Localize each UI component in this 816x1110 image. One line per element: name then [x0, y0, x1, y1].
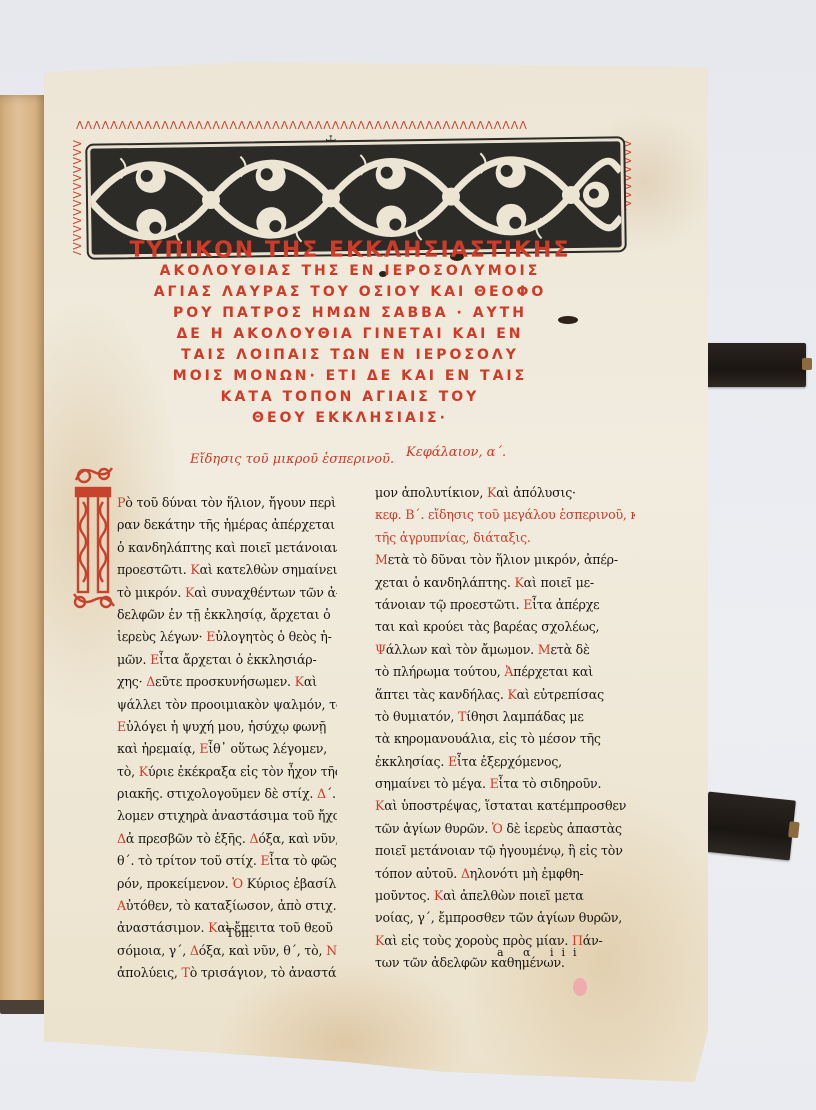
text-run: κεφ. Β΄. εἴδησις τοῦ μεγάλου ἑσπερινοῦ, … — [375, 507, 635, 522]
rubricated-initial: Κ — [514, 575, 523, 590]
rubricated-initial: Ψ — [375, 642, 386, 657]
text-run: ηλονότι μὴ ἐμφθη- — [470, 866, 584, 881]
rubricated-initial: Δ — [117, 831, 126, 846]
text-run: ποιεῖ μετάνοιαν τῷ ἡγουμένῳ, ἢ εἰς τὸν — [375, 843, 623, 858]
rubricated-initial: Τ — [458, 709, 466, 724]
title-line: ΜΟΙΣ ΜΟΝΩΝ· ΕΤΙ ΔΕ ΚΑΙ ΕΝ ΤΑΙΣ — [100, 366, 600, 387]
text-line: νοίας, γ΄, ἔμπροσθεν τῶν ἁγίων θυρῶν, — [375, 907, 635, 929]
title-line: ΤΑΙΣ ΛΟΙΠΑΙΣ ΤΩΝ ΕΝ ΙΕΡΟΣΟΛΥ — [100, 345, 600, 366]
text-line: Εὐλόγει ἡ ψυχή μου, ἡσύχῳ φωνῇ — [117, 716, 337, 738]
text-run: Κύριος ἐβασίλευσεν. — [243, 876, 337, 891]
text-run: αὶ συναχθέντων τῶν ἀ- — [194, 585, 337, 600]
text-run: τὸ μικρόν. — [117, 585, 185, 600]
text-line: μῶν. Εἶτα ἄρχεται ὁ ἐκκλησιάρ- — [117, 649, 337, 671]
text-run: ἶτα τὸ σιδηροῦν. — [499, 776, 602, 791]
title-line: ΘΕΟΥ ΕΚΚΛΗΣΙΑΙΣ· — [100, 408, 600, 429]
text-line: θ΄. τὸ τρίτον τοῦ στίχ. Εἶτα τὸ φῶς ἱλα- — [117, 850, 337, 872]
text-line: Μετὰ τὸ δῦναι τὸν ἥλιον μικρόν, ἀπέρ- — [375, 549, 635, 571]
rubricated-initial: Κ — [375, 933, 384, 948]
text-line: καὶ ἠρεμαίᾳ, Εἶθ᾽ οὕτως λέγομεν, — [117, 738, 337, 760]
rubricated-initial: Ἀ — [504, 664, 513, 679]
rubricated-initial: Ε — [490, 776, 499, 791]
text-run: αὶ ἀπελθὼν ποιεῖ μετα — [443, 888, 584, 903]
text-run: τὸ θυμιατόν, — [375, 709, 458, 724]
text-line: δελφῶν ἐν τῇ ἐκκλησίᾳ, ἄρχεται ὁ — [117, 604, 337, 626]
text-line: ἱερεὺς λέγων· Εὐλογητὸς ὁ θεὸς ἡ- — [117, 626, 337, 648]
rubricated-initial: Κ — [208, 920, 217, 935]
catchword: Τυπ. — [226, 926, 253, 940]
text-column-right: μον ἀπολυτίκιον, Καὶ ἀπόλυσις·κεφ. Β΄. ε… — [375, 482, 635, 975]
rubricated-initial: Δ — [190, 943, 199, 958]
text-run: δὲ ἱερεὺς ἀπαστὰς — [503, 821, 622, 836]
text-line: τὰ κηρομανουάλια, εἰς τὸ μέσον τῆς — [375, 728, 635, 750]
text-run: ὐλογητὸς ὁ θεὸς ἡ- — [215, 629, 331, 644]
text-line: μοῦντος. Καὶ ἀπελθὼν ποιεῖ μετα — [375, 885, 635, 907]
text-run: τὰ κηρομανουάλια, εἰς τὸ μέσον τῆς — [375, 731, 601, 746]
text-line: ἐκκλησίας. Εἶτα ἐξερχόμενος, — [375, 751, 635, 773]
text-run: ύριε ἐκέκραξα εἰς τὸν ἦχον τῆς κυ- — [148, 764, 337, 779]
title-line: ΔΕ Η ΑΚΟΛΟΥΘΙΑ ΓΙΝΕΤΑΙ ΚΑΙ ΕΝ — [100, 324, 600, 345]
rubricated-initial: Ε — [150, 652, 159, 667]
text-run: δελφῶν ἐν τῇ ἐκκλησίᾳ, ἄρχεται ὁ — [117, 607, 331, 622]
text-line: προεστῶτι. Καὶ κατελθὼν σημαίνει — [117, 559, 337, 581]
title-line: ΑΚΟΛΟΥΘΙΑΣ ΤΗΣ ΕΝ ΙΕΡΟΣΟΛΥΜΟΙΣ — [100, 261, 600, 282]
text-run: ἶθ᾽ οὕτως λέγομεν, — [208, 741, 327, 756]
rubricated-initial: Τ — [182, 965, 190, 980]
text-run: θ΄. τὸ τρίτον τοῦ στίχ. — [117, 853, 261, 868]
text-run: τάνοιαν τῷ προεστῶτι. — [375, 597, 523, 612]
rubricated-initial: Ε — [199, 741, 208, 756]
text-run: λομεν στιχηρὰ ἀναστάσιμα τοῦ ἤχου, γ΄. — [117, 808, 337, 823]
book-clasp-top — [696, 343, 806, 387]
text-line: σημαίνει τὸ μέγα. Εἶτα τὸ σιδηροῦν. — [375, 773, 635, 795]
pink-stain — [573, 978, 587, 996]
text-run: ὸ τοῦ δύναι τὸν ἥλιον, ἤγουν περὶ ὥ- — [125, 495, 337, 510]
text-line: Καὶ ὑποστρέψας, ἵσταται κατέμπροσθεν — [375, 795, 635, 817]
book-clasp-bottom — [702, 792, 796, 861]
text-run: μοῦντος. — [375, 888, 434, 903]
text-run: ετὰ δὲ — [550, 642, 589, 657]
text-run: ἀπολύεις, — [117, 965, 182, 980]
text-run: ὐτόθεν, τὸ καταξίωσον, ἀπὸ στιχ. τὸ — [126, 898, 337, 913]
text-line: ψάλλει τὸν προοιμιακὸν ψαλμόν, τὸ, — [117, 694, 337, 716]
text-run: ἶτα ἄρχεται ὁ ἐκκλησιάρ- — [159, 652, 316, 667]
text-run: ραν δεκάτην τῆς ἡμέρας ἀπέρχεται — [117, 517, 335, 532]
text-line: τὸ, Κύριε ἐκέκραξα εἰς τὸν ἦχον τῆς κυ- — [117, 761, 337, 783]
text-line: κεφ. Β΄. εἴδησις τοῦ μεγάλου ἑσπερινοῦ, … — [375, 504, 635, 526]
text-line: ται καὶ κρούει τὰς βαρέας σχολέως, — [375, 616, 635, 638]
red-ornament-border-top: ΛΛΛΛΛΛΛΛΛΛΛΛΛΛΛΛΛΛΛΛΛΛΛΛΛΛΛΛΛΛΛΛΛΛΛΛΛΛΛΛ… — [76, 120, 632, 134]
text-run: εῦτε προσκυνήσωμεν. — [155, 674, 295, 689]
page-signature: a α iii — [497, 946, 585, 959]
text-run: ίθησι λαμπάδας με — [466, 709, 584, 724]
text-line: ποιεῖ μετάνοιαν τῷ ἡγουμένῳ, ἢ εἰς τὸν — [375, 840, 635, 862]
text-line: τῶν ἁγίων θυρῶν. Ὁ δὲ ἱερεὺς ἀπαστὰς — [375, 818, 635, 840]
rubricated-initial: Δ — [461, 866, 470, 881]
text-run: αὶ ποιεῖ με- — [524, 575, 594, 590]
rubricated-initial: Κ — [375, 798, 384, 813]
text-run: τὸ πλήρωμα τούτου, — [375, 664, 504, 679]
text-run: αὶ ὑποστρέψας, ἵσταται κατέμπροσθεν — [384, 798, 626, 813]
text-run: τόπον αὐτοῦ. — [375, 866, 461, 881]
text-line: τὸ πλήρωμα τούτου, Ἀπέρχεται καὶ — [375, 661, 635, 683]
text-column-left: Ρὸ τοῦ δύναι τὸν ἥλιον, ἤγουν περὶ ὥ-ραν… — [117, 492, 337, 985]
text-run: ριακῆς. στιχολογοῦμεν δὲ στίχ. — [117, 786, 317, 801]
rubricated-initial: Α — [117, 898, 126, 913]
title-line: ΚΑΤΑ ΤΟΠΟΝ ΑΓΙΑΙΣ ΤΟΥ — [100, 387, 600, 408]
text-run: αὶ ἀπόλυσις· — [496, 485, 576, 500]
text-line: ρόν, προκείμενον. Ὁ Κύριος ἐβασίλευσεν. — [117, 873, 337, 895]
rubricated-initial: Ε — [117, 719, 126, 734]
rubricated-initial: Ε — [448, 754, 457, 769]
text-line: Ρὸ τοῦ δύναι τὸν ἥλιον, ἤγουν περὶ ὥ- — [117, 492, 337, 514]
text-run: ΄. — [326, 786, 337, 801]
page-title-block: ΤΥΠΙΚΟΝ ΤΗΣ ΕΚΚΛΗΣΙΑΣΤΙΚΗΣ ΑΚΟΛΟΥΘΙΑΣ ΤΗ… — [100, 240, 600, 429]
text-run: ἀναστάσιμον. — [117, 920, 208, 935]
text-run: αὶ — [304, 674, 317, 689]
text-run: τὸ, — [117, 764, 139, 779]
text-run: χεται ὁ κανδηλάπτης. — [375, 575, 514, 590]
text-run: χης· — [117, 674, 146, 689]
text-run: νοίας, γ΄, ἔμπροσθεν τῶν ἁγίων θυρῶν, — [375, 910, 622, 925]
text-line: ἅπτει τὰς κανδήλας. Καὶ εὐτρεπίσας — [375, 684, 635, 706]
rubric-right-heading: Κεφάλαιον, α΄. — [406, 445, 506, 460]
rubricated-initial: Ε — [523, 597, 532, 612]
text-run: ἅπτει τὰς κανδήλας. — [375, 687, 507, 702]
clasp-metal-tip — [788, 821, 800, 838]
rubricated-initial: Δ — [146, 674, 155, 689]
rubricated-initial: Κ — [185, 585, 194, 600]
title-line: ΤΥΠΙΚΟΝ ΤΗΣ ΕΚΚΛΗΣΙΑΣΤΙΚΗΣ — [100, 240, 600, 261]
text-run: ἶτα ἀπέρχε — [532, 597, 599, 612]
text-run: σόμοια, γ΄, — [117, 943, 190, 958]
rubricated-initial: Κ — [295, 674, 304, 689]
text-run: ετὰ τὸ δῦναι τὸν ἥλιον μικρόν, ἀπέρ- — [388, 552, 618, 567]
text-run: καὶ ἠρεμαίᾳ, — [117, 741, 199, 756]
text-line: ριακῆς. στιχολογοῦμεν δὲ στίχ. Δ΄. Καὶ ψ… — [117, 783, 337, 805]
text-run: αὶ κατελθὼν σημαίνει — [200, 562, 337, 577]
rubricated-initial: Ν — [326, 943, 337, 958]
rubricated-initial: Μ — [375, 552, 388, 567]
text-line: τόπον αὐτοῦ. Δηλονότι μὴ ἐμφθη- — [375, 863, 635, 885]
text-run: ἐκκλησίας. — [375, 754, 448, 769]
text-line: τὸ θυμιατόν, Τίθησι λαμπάδας με — [375, 706, 635, 728]
text-run: άν- — [583, 933, 603, 948]
rubricated-initial: Κ — [139, 764, 148, 779]
text-line: ἀπολύεις, Τὸ τρισάγιον, τὸ ἀναστάσι — [117, 962, 337, 984]
rubricated-initial: Ὁ — [492, 821, 503, 836]
text-run: πέρχεται καὶ — [513, 664, 593, 679]
text-run: μῶν. — [117, 652, 150, 667]
title-line: ΑΓΙΑΣ ΛΑΥΡΑΣ ΤΟΥ ΟΣΙΟΥ ΚΑΙ ΘΕΟΦΟ — [100, 282, 600, 303]
text-line: τὸ μικρόν. Καὶ συναχθέντων τῶν ἀ- — [117, 582, 337, 604]
rubricated-initial: Κ — [507, 687, 516, 702]
rubricated-initial: Κ — [190, 562, 199, 577]
text-line: Ψάλλων καὶ τὸν ἄμωμον. Μετὰ δὲ — [375, 639, 635, 661]
text-run: αὶ εὐτρεπίσας — [517, 687, 604, 702]
text-run: ται καὶ κρούει τὰς βαρέας σχολέως, — [375, 619, 599, 634]
text-run: ἱερεὺς λέγων· — [117, 629, 206, 644]
text-line: λομεν στιχηρὰ ἀναστάσιμα τοῦ ἤχου, γ΄. — [117, 805, 337, 827]
text-run: ψάλλει τὸν προοιμιακὸν ψαλμόν, τὸ, — [117, 697, 337, 712]
rubricated-initial: Ε — [261, 853, 270, 868]
text-run: όξα, καὶ νῦν, θ΄, τὸ, — [199, 943, 326, 958]
text-line: τῆς ἀγρυπνίας, διάταξις. — [375, 527, 635, 549]
text-run: προεστῶτι. — [117, 562, 190, 577]
rubricated-initial: Κ — [434, 888, 443, 903]
initial-ornament-icon — [70, 462, 116, 610]
rubricated-initial: Δ — [317, 786, 326, 801]
text-line: Δἀ πρεσβῶν τὸ ἑξῆς. Δόξα, καὶ νῦν, — [117, 828, 337, 850]
text-line: σόμοια, γ΄, Δόξα, καὶ νῦν, θ΄, τὸ, Νῦν — [117, 940, 337, 962]
text-run: ὸ τρισάγιον, τὸ ἀναστάσι — [190, 965, 337, 980]
text-run: άλλων καὶ τὸν ἄμωμον. — [386, 642, 538, 657]
text-run: όξα, καὶ νῦν, — [258, 831, 337, 846]
text-run: ἶτα τὸ φῶς ἱλα- — [270, 853, 337, 868]
text-line: χης· Δεῦτε προσκυνήσωμεν. Καὶ — [117, 671, 337, 693]
text-line: χεται ὁ κανδηλάπτης. Καὶ ποιεῖ με- — [375, 572, 635, 594]
rubricated-initial: Ε — [206, 629, 215, 644]
text-run: ὐλόγει ἡ ψυχή μου, ἡσύχῳ φωνῇ — [126, 719, 326, 734]
decorated-initial-pi-icon — [70, 462, 116, 610]
rubric-left-heading: Εἴδησις τοῦ μικροῦ ἑσπερινοῦ. — [190, 452, 394, 467]
text-line: ὁ κανδηλάπτης καὶ ποιεῖ μετάνοιαν πρὸ — [117, 537, 337, 559]
clasp-metal-tip — [802, 358, 812, 369]
rubricated-initial: Ὁ — [232, 876, 243, 891]
text-run: τῶν ἁγίων θυρῶν. — [375, 821, 492, 836]
red-ornament-border-left: ΛΛΛΛΛΛΛΛΛΛΛΛΛΛΛΛΛΛΛΛΛΛΛΛΛΛΛΛΛΛΛΛΛΛΛΛΛΛΛΛ… — [70, 140, 82, 255]
text-run: ἶτα ἐξερχόμενος, — [457, 754, 562, 769]
text-run: σημαίνει τὸ μέγα. — [375, 776, 490, 791]
text-run: ρόν, προκείμενον. — [117, 876, 232, 891]
text-run: ἀ πρεσβῶν τὸ ἑξῆς. — [126, 831, 250, 846]
text-run: τῆς ἀγρυπνίας, διάταξις. — [375, 530, 531, 545]
rubricated-initial: Κ — [487, 485, 496, 500]
text-line: ραν δεκάτην τῆς ἡμέρας ἀπέρχεται — [117, 514, 337, 536]
text-run: ὁ κανδηλάπτης καὶ ποιεῖ μετάνοιαν πρὸ — [117, 540, 337, 555]
title-line: ΡΟΥ ΠΑΤΡΟΣ ΗΜΩΝ ΣΑΒΒΑ · ΑΥΤΗ — [100, 303, 600, 324]
text-line: Αὐτόθεν, τὸ καταξίωσον, ἀπὸ στιχ. τὸ — [117, 895, 337, 917]
text-run: μον ἀπολυτίκιον, — [375, 485, 487, 500]
text-line: μον ἀπολυτίκιον, Καὶ ἀπόλυσις· — [375, 482, 635, 504]
text-line: τάνοιαν τῷ προεστῶτι. Εἶτα ἀπέρχε — [375, 594, 635, 616]
rubricated-initial: Μ — [538, 642, 551, 657]
